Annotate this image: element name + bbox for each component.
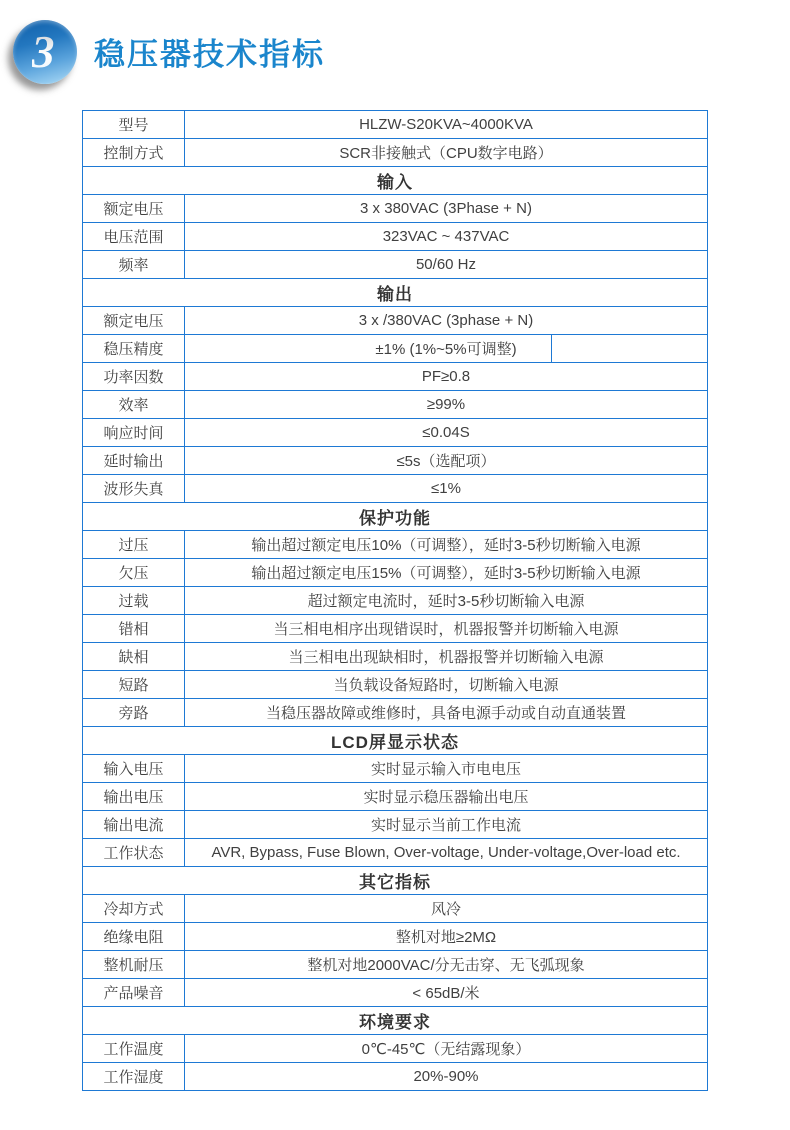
spec-label: 工作状态	[83, 839, 185, 867]
spec-label: 响应时间	[83, 419, 185, 447]
spec-row: 整机耐压整机对地2000VAC/分无击穿、无飞弧现象	[83, 951, 708, 979]
spec-value: 当负载设备短路时，切断输入电源	[185, 671, 708, 699]
spec-value: 输出超过额定电压15%（可调整），延时3-5秒切断输入电源	[185, 559, 708, 587]
spec-value: 实时显示输入市电电压	[185, 755, 708, 783]
spec-value: 实时显示当前工作电流	[185, 811, 708, 839]
spec-value: ±1% (1%~5%可调整)	[185, 335, 708, 363]
spec-value: SCR非接触式（CPU数字电路）	[185, 139, 708, 167]
spec-label: 输出电流	[83, 811, 185, 839]
spec-label: 额定电压	[83, 307, 185, 335]
spec-value: ≤0.04S	[185, 419, 708, 447]
spec-label: 短路	[83, 671, 185, 699]
spec-row: 短路当负载设备短路时，切断输入电源	[83, 671, 708, 699]
spec-label: 效率	[83, 391, 185, 419]
spec-label: 功率因数	[83, 363, 185, 391]
spec-label: 错相	[83, 615, 185, 643]
spec-row: 频率50/60 Hz	[83, 251, 708, 279]
spec-value: 3 x 380VAC (3Phase + N)	[185, 195, 708, 223]
spec-value: ≤1%	[185, 475, 708, 503]
spec-row: 过载超过额定电流时，延时3-5秒切断输入电源	[83, 587, 708, 615]
section-row: 保护功能	[83, 503, 708, 531]
spec-value: 整机对地2000VAC/分无击穿、无飞弧现象	[185, 951, 708, 979]
spec-value: 超过额定电流时，延时3-5秒切断输入电源	[185, 587, 708, 615]
page-title: 稳压器技术指标	[94, 29, 325, 74]
spec-row: 效率≥99%	[83, 391, 708, 419]
spec-label: 型号	[83, 111, 185, 139]
spec-value: 输出超过额定电压10%（可调整），延时3-5秒切断输入电源	[185, 531, 708, 559]
spec-label: 过压	[83, 531, 185, 559]
spec-label: 冷却方式	[83, 895, 185, 923]
spec-row: 稳压精度±1% (1%~5%可调整)	[83, 335, 708, 363]
spec-row: 过压输出超过额定电压10%（可调整），延时3-5秒切断输入电源	[83, 531, 708, 559]
spec-value: 风冷	[185, 895, 708, 923]
spec-row: 波形失真≤1%	[83, 475, 708, 503]
spec-label: 绝缘电阻	[83, 923, 185, 951]
spec-row: 功率因数PF≥0.8	[83, 363, 708, 391]
spec-row: 欠压输出超过额定电压15%（可调整），延时3-5秒切断输入电源	[83, 559, 708, 587]
spec-row: 额定电压3 x 380VAC (3Phase + N)	[83, 195, 708, 223]
spec-value: ≤5s（选配项）	[185, 447, 708, 475]
spec-label: 缺相	[83, 643, 185, 671]
spec-row: 旁路当稳压器故障或维修时，具备电源手动或自动直通装置	[83, 699, 708, 727]
section-title: 其它指标	[83, 867, 708, 895]
section-row: 环境要求	[83, 1007, 708, 1035]
spec-label: 频率	[83, 251, 185, 279]
spec-row: 额定电压3 x /380VAC (3phase + N)	[83, 307, 708, 335]
page: 3 稳压器技术指标 型号HLZW-S20KVA~4000KVA控制方式SCR非接…	[0, 0, 790, 1130]
spec-label: 额定电压	[83, 195, 185, 223]
spec-row: 工作温度0℃-45℃（无结露现象）	[83, 1035, 708, 1063]
spec-label: 工作湿度	[83, 1063, 185, 1091]
spec-row: 产品噪音< 65dB/米	[83, 979, 708, 1007]
spec-row: 错相当三相电相序出现错误时，机器报警并切断输入电源	[83, 615, 708, 643]
section-row: 输出	[83, 279, 708, 307]
spec-value: 实时显示稳压器输出电压	[185, 783, 708, 811]
section-number-badge: 3	[13, 20, 77, 84]
spec-row: 响应时间≤0.04S	[83, 419, 708, 447]
spec-label: 产品噪音	[83, 979, 185, 1007]
section-title: 输入	[83, 167, 708, 195]
spec-label: 输入电压	[83, 755, 185, 783]
spec-label: 过载	[83, 587, 185, 615]
spec-table: 型号HLZW-S20KVA~4000KVA控制方式SCR非接触式（CPU数字电路…	[82, 110, 708, 1091]
spec-value: < 65dB/米	[185, 979, 708, 1007]
section-row: 输入	[83, 167, 708, 195]
spec-value: HLZW-S20KVA~4000KVA	[185, 111, 708, 139]
spec-label: 工作温度	[83, 1035, 185, 1063]
spec-row: 工作状态AVR, Bypass, Fuse Blown, Over-voltag…	[83, 839, 708, 867]
spec-value: 整机对地≥2MΩ	[185, 923, 708, 951]
spec-label: 欠压	[83, 559, 185, 587]
section-row: LCD屏显示状态	[83, 727, 708, 755]
spec-value: ≥99%	[185, 391, 708, 419]
spec-row: 型号HLZW-S20KVA~4000KVA	[83, 111, 708, 139]
spec-label: 电压范围	[83, 223, 185, 251]
badge-number: 3	[32, 29, 59, 75]
spec-label: 整机耐压	[83, 951, 185, 979]
spec-row: 冷却方式风冷	[83, 895, 708, 923]
spec-row: 电压范围323VAC ~ 437VAC	[83, 223, 708, 251]
section-row: 其它指标	[83, 867, 708, 895]
spec-value: 当三相电出现缺相时，机器报警并切断输入电源	[185, 643, 708, 671]
section-title: LCD屏显示状态	[83, 727, 708, 755]
spec-row: 输入电压实时显示输入市电电压	[83, 755, 708, 783]
page-header: 3 稳压器技术指标	[0, 0, 790, 88]
spec-row: 延时输出≤5s（选配项）	[83, 447, 708, 475]
spec-value: 当三相电相序出现错误时，机器报警并切断输入电源	[185, 615, 708, 643]
spec-row: 输出电压实时显示稳压器输出电压	[83, 783, 708, 811]
spec-label: 稳压精度	[83, 335, 185, 363]
spec-row: 绝缘电阻整机对地≥2MΩ	[83, 923, 708, 951]
spec-value: 当稳压器故障或维修时，具备电源手动或自动直通装置	[185, 699, 708, 727]
spec-row: 输出电流实时显示当前工作电流	[83, 811, 708, 839]
spec-label: 旁路	[83, 699, 185, 727]
spec-label: 延时输出	[83, 447, 185, 475]
section-title: 保护功能	[83, 503, 708, 531]
spec-row: 控制方式SCR非接触式（CPU数字电路）	[83, 139, 708, 167]
section-title: 环境要求	[83, 1007, 708, 1035]
spec-value: 323VAC ~ 437VAC	[185, 223, 708, 251]
spec-value: 0℃-45℃（无结露现象）	[185, 1035, 708, 1063]
section-title: 输出	[83, 279, 708, 307]
spec-label: 输出电压	[83, 783, 185, 811]
spec-label: 波形失真	[83, 475, 185, 503]
spec-value: 3 x /380VAC (3phase + N)	[185, 307, 708, 335]
spec-value: AVR, Bypass, Fuse Blown, Over-voltage, U…	[185, 839, 708, 867]
spec-label: 控制方式	[83, 139, 185, 167]
spec-value: 50/60 Hz	[185, 251, 708, 279]
spec-table-body: 型号HLZW-S20KVA~4000KVA控制方式SCR非接触式（CPU数字电路…	[83, 111, 708, 1091]
spec-row: 工作湿度20%-90%	[83, 1063, 708, 1091]
spec-value: 20%-90%	[185, 1063, 708, 1091]
spec-row: 缺相当三相电出现缺相时，机器报警并切断输入电源	[83, 643, 708, 671]
spec-value: PF≥0.8	[185, 363, 708, 391]
